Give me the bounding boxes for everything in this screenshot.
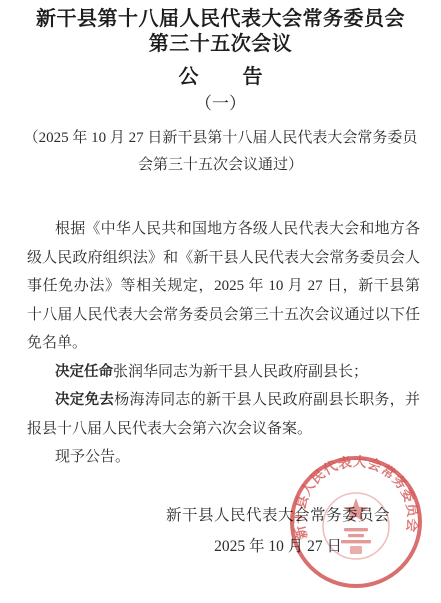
document-title-line2: 第三十五次会议 [0, 32, 441, 57]
document-body: 根据《中华人民共和国地方各级人民代表大会和地方各级人民政府组织法》和《新干县人民… [27, 215, 420, 472]
paragraph-appointment: 决定任命张润华同志为新干县人民政府副县长； [27, 358, 420, 387]
document-header: 新干县第十八届人民代表大会常务委员会 第三十五次会议 公告 （一） （2025 … [0, 0, 441, 179]
passed-note: （2025 年 10 月 27 日新干县第十八届人民代表大会常务委员会第三十五次… [19, 125, 423, 179]
paragraph-bold-prefix: 决定任命 [55, 364, 113, 380]
notice-title: 公告 [0, 66, 441, 89]
document-page: 新干县第十八届人民代表大会常务委员会 第三十五次会议 公告 （一） （2025 … [0, 0, 441, 603]
paragraph-text: 根据《中华人民共和国地方各级人民代表大会和地方各级人民政府组织法》和《新干县人民… [27, 221, 420, 351]
paragraph-text: 现予公告。 [55, 449, 130, 465]
paragraph-bold-prefix: 决定免去 [55, 392, 114, 408]
signature-organization: 新干县人民代表大会常务委员会 [166, 503, 390, 525]
paragraph-legal-basis: 根据《中华人民共和国地方各级人民代表大会和地方各级人民政府组织法》和《新干县人民… [27, 215, 420, 358]
paragraph-text: 张润华同志为新干县人民政府副县长； [113, 364, 368, 380]
paragraph-removal: 决定免去杨海涛同志的新干县人民政府副县长职务，并报县十八届人民代表大会第六次会议… [27, 386, 420, 443]
document-title-line1: 新干县第十八届人民代表大会常务委员会 [0, 7, 441, 32]
notice-number: （一） [0, 94, 441, 114]
signature-date: 2025 年 10 月 27 日 [214, 534, 342, 556]
paragraph-closing: 现予公告。 [27, 443, 420, 472]
